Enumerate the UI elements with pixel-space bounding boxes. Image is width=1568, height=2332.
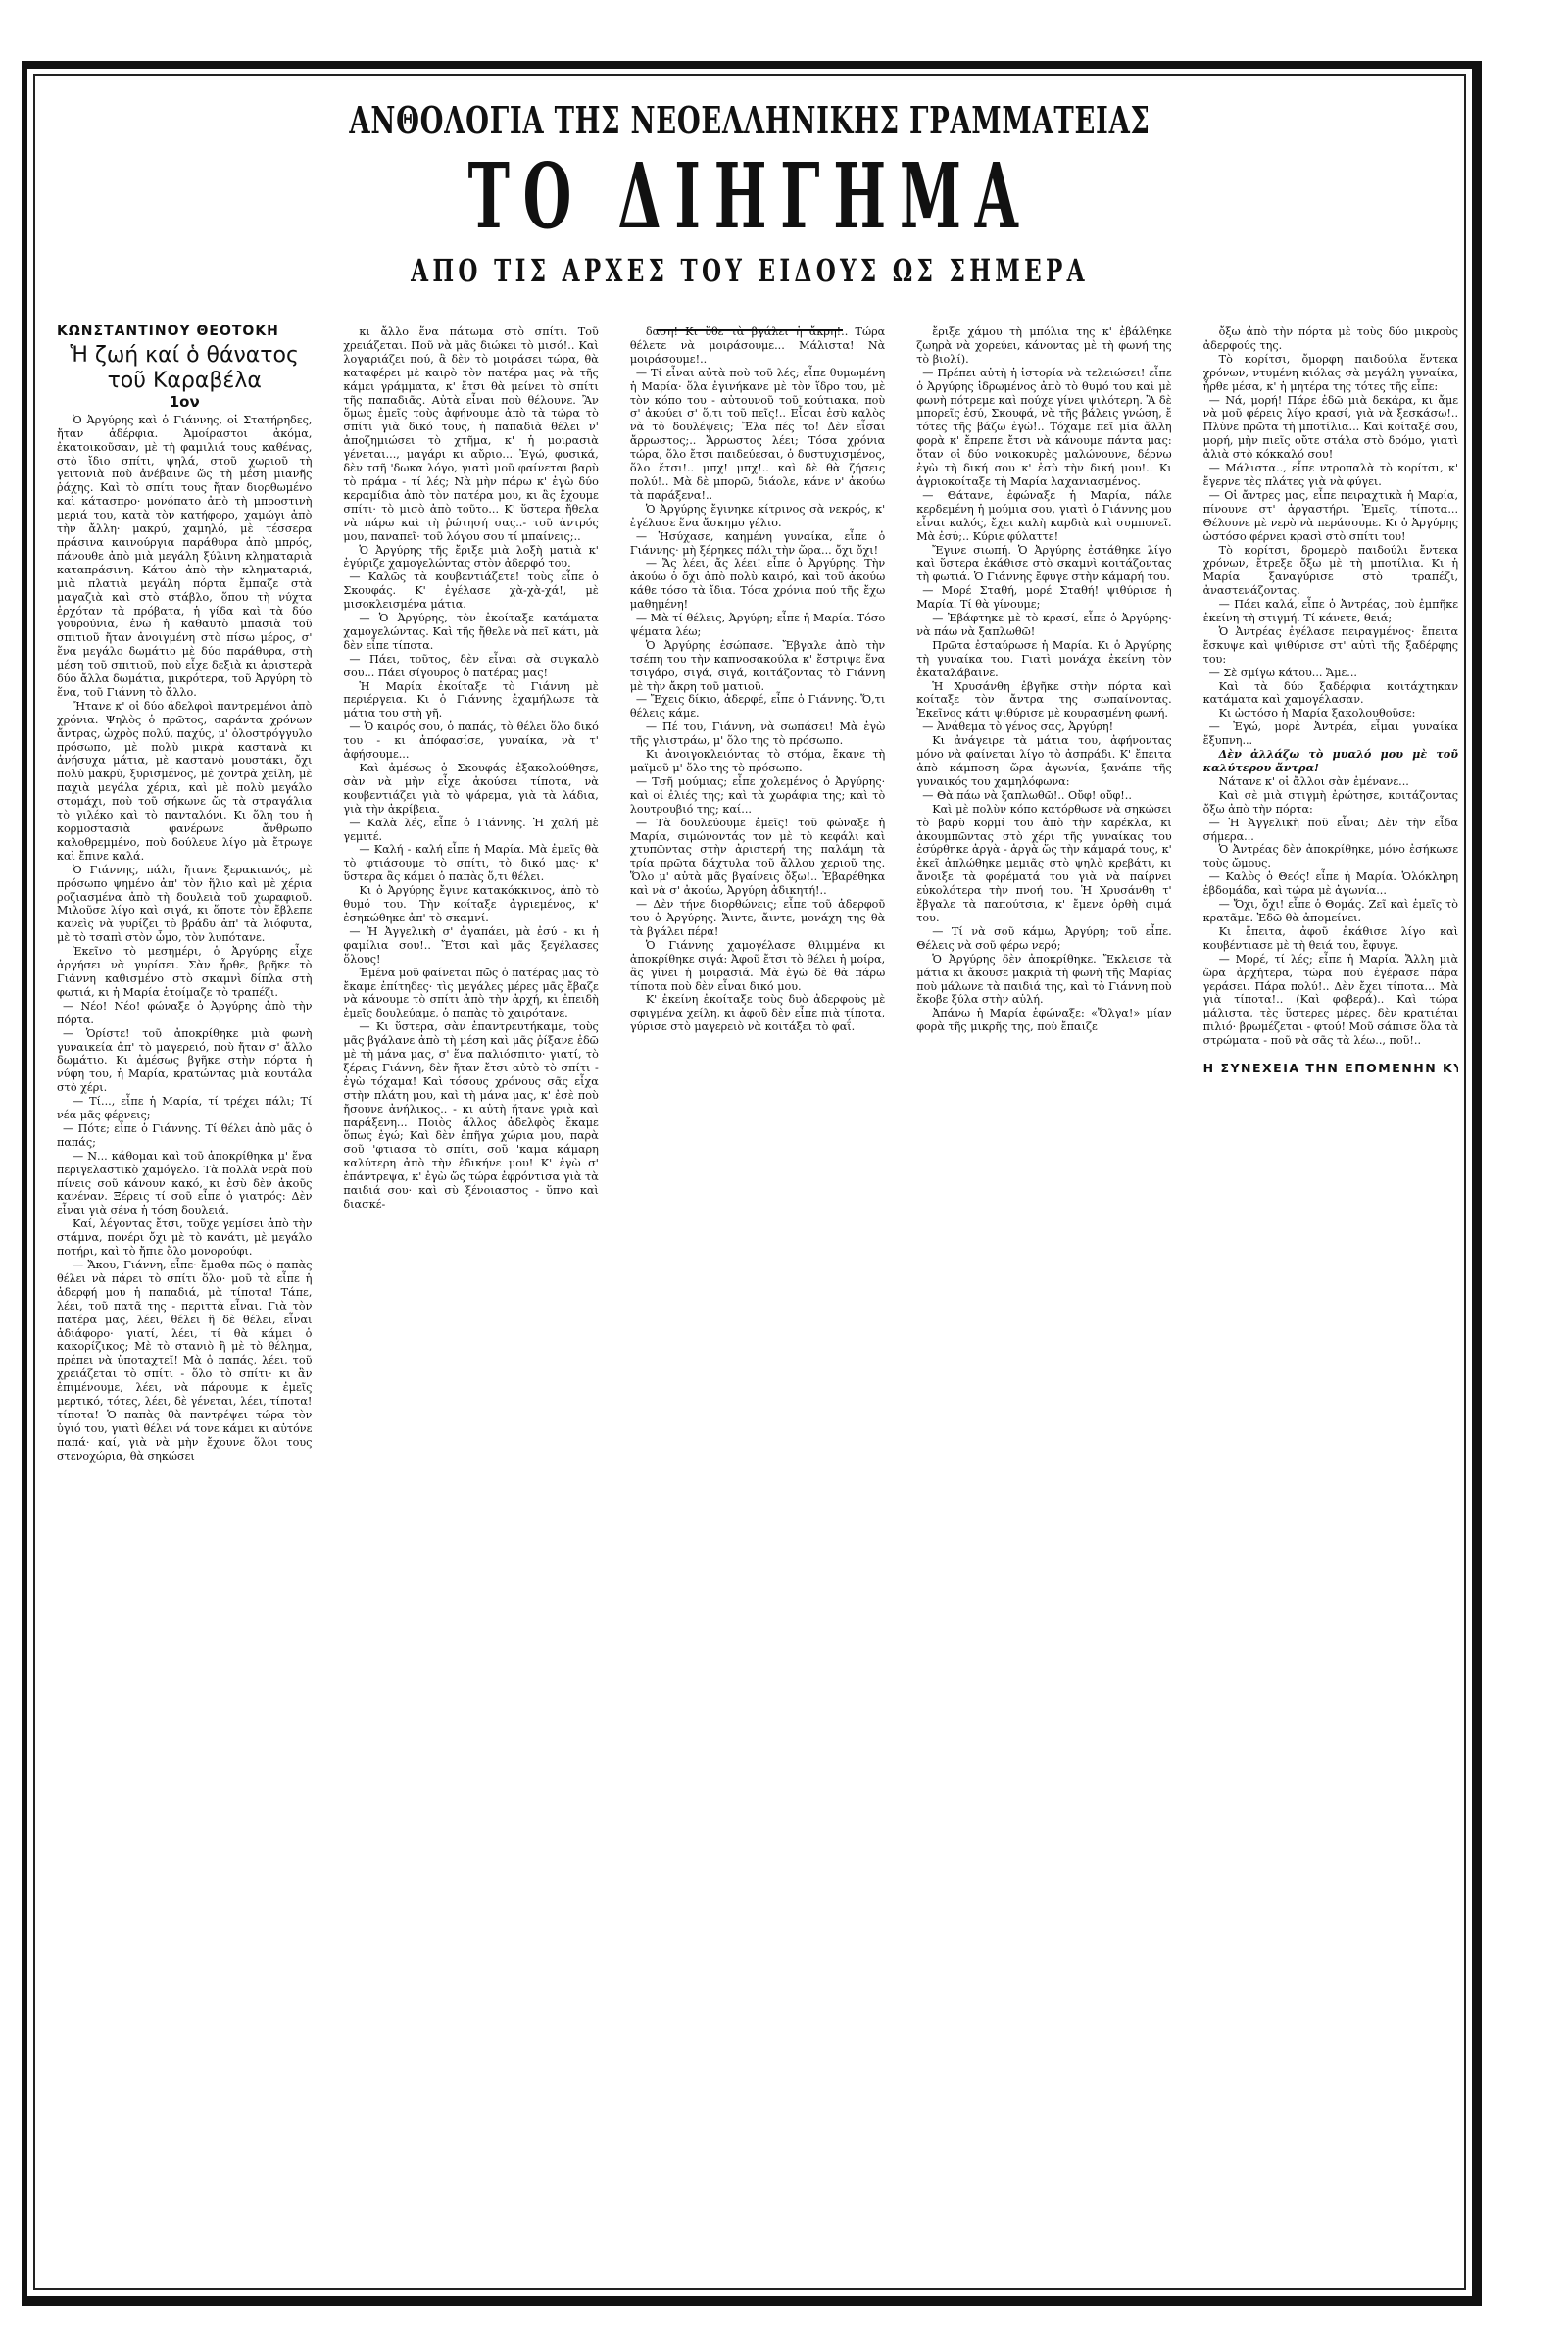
paragraph: — Τί..., εἶπε ἡ Μαρία, τί τρέχει πάλι; Τ… bbox=[57, 1095, 312, 1122]
column-body: δαση! Κι ὕθε τὰ βγάλει ἡ ἄκρη!.. Τώρα θέ… bbox=[630, 325, 885, 1034]
paragraph: Καὶ τὰ δύο ξαδέρφια κοιτάχτηκαν κατάματα… bbox=[1203, 680, 1458, 708]
paragraph: Κι ἀνοιγοκλειόντας τὸ στόμα, ἔκανε τὴ μα… bbox=[630, 748, 885, 775]
paragraph: Κ' ἐκείνη ἐκοίταξε τοὺς δυὸ ἀδερφοὺς μὲ … bbox=[630, 993, 885, 1034]
paragraph: Κι ὁ Ἀργύρης ἔγινε κατακόκκινος, ἀπὸ τὸ … bbox=[343, 884, 598, 925]
paragraph: — Μορέ, τί λές; εἶπε ἡ Μαρία. Ἄλλη μιὰ ὥ… bbox=[1203, 953, 1458, 1048]
page-subtitle: ΑΠΟ ΤΙΣ ΑΡΧΕΣ ΤΟΥ ΕΙΔΟΥΣ ΩΣ ΣΗΜΕΡΑ bbox=[251, 251, 1249, 290]
paragraph: — Ὁ καιρός σου, ὁ παπάς, τὸ θέλει ὅλο δι… bbox=[343, 720, 598, 762]
paragraph: — Θὰ πάω νὰ ξαπλωθῶ!.. Οὔφ! οὔφ!.. bbox=[916, 789, 1171, 803]
story-author: ΚΩΝΣΤΑΝΤΙΝΟΥ ΘΕΟΤΟΚΗ bbox=[57, 325, 312, 339]
paragraph: — Νά, μορή! Πάρε ἐδῶ μιὰ δεκάρα, κι ἄμε … bbox=[1203, 394, 1458, 463]
paragraph: Κι ἔπειτα, ἀφοῦ ἐκάθισε λίγο καὶ κουβέντ… bbox=[1203, 925, 1458, 953]
paragraph: Ὁ Ἀργύρης δὲν ἀποκρίθηκε. Ἔκλεισε τὰ μάτ… bbox=[916, 953, 1171, 1008]
paragraph: Τὸ κορίτσι, δρομερὸ παιδούλι ἔντεκα χρόν… bbox=[1203, 544, 1458, 599]
paragraph: Ἡ Μαρία ἐκοίταξε τὸ Γιάννη μὲ περιέργεια… bbox=[343, 680, 598, 721]
article-columns: ΚΩΝΣΤΑΝΤΙΝΟΥ ΘΕΟΤΟΚΗ Ἡ ζωή καί ὁ θάνατος… bbox=[57, 325, 1458, 2271]
paragraph: Καὶ ἀμέσως ὁ Σκουφάς ἐξακολούθησε, σὰν ν… bbox=[343, 762, 598, 817]
paragraph: — Θάτανε, ἐφώναξε ἡ Μαρία, πάλε κερδεμέν… bbox=[916, 489, 1171, 544]
paragraph: Ὁ Ἀντρέας ἐγέλασε πειραγμένος· ἔπειτα ἔσ… bbox=[1203, 625, 1458, 667]
paragraph: — Τί νὰ σοῦ κάμω, Ἀργύρη; τοῦ εἶπε. Θέλε… bbox=[916, 925, 1171, 953]
paragraph: — Πάει, τοῦτος, δὲν εἶναι σὰ συγκαλὸ σου… bbox=[343, 653, 598, 680]
paragraph: Ἡ Χρυσάνθη ἐβγῆκε στὴν πόρτα καὶ κοίταξε… bbox=[916, 680, 1171, 721]
column-body: ὄξω ἀπὸ τὴν πόρτα μὲ τοὺς δύο μικροὺς ἀδ… bbox=[1203, 325, 1458, 1048]
paragraph: — Οἱ ἄντρες μας, εἶπε πειραχτικὰ ἡ Μαρία… bbox=[1203, 489, 1458, 544]
paragraph: — Πάει καλά, εἶπε ὁ Ἀντρέας, ποὺ ἐμπῆκε … bbox=[1203, 598, 1458, 625]
paragraph: Ἀπάνω ἡ Μαρία ἐφώναξε: «Ὄλγα!» μίαν φορὰ… bbox=[916, 1007, 1171, 1034]
column-4: ἔριξε χάμου τὴ μπόλια της κ' ἐβάλθηκε ζω… bbox=[916, 325, 1171, 2271]
paragraph: — Μὰ τί θέλεις, Ἀργύρη; εἶπε ἡ Μαρία. Τό… bbox=[630, 612, 885, 639]
paragraph: — Καλὰ λές, εἶπε ὁ Γιάννης. Ἡ χαλή μὲ γε… bbox=[343, 817, 598, 844]
paragraph: — Ἔχεις δίκιο, ἀδερφέ, εἶπε ὁ Γιάννης. Ὅ… bbox=[630, 693, 885, 720]
paragraph: — Νέο! Νέο! φώναξε ὁ Ἀργύρης ἀπὸ τὴν πόρ… bbox=[57, 1000, 312, 1027]
paragraph: — Δὲν τήνε διορθώνεις; εἶπε τοῦ ἀδερφοῦ … bbox=[630, 898, 885, 939]
masthead: ΑΝΘΟΛΟΓΙΑ ΤΗΣ ΝΕΟΕΛΛΗΝΙΚΗΣ ΓΡΑΜΜΑΤΕΙΑΣ Τ… bbox=[57, 98, 1443, 331]
series-kicker: ΑΝΘΟΛΟΓΙΑ ΤΗΣ ΝΕΟΕΛΛΗΝΙΚΗΣ ΓΡΑΜΜΑΤΕΙΑΣ bbox=[251, 98, 1249, 143]
paragraph: Κι ὡστόσο ἡ Μαρία ξακολουθοῦσε: bbox=[1203, 707, 1458, 720]
paragraph: Κι ἀνάγειρε τὰ μάτια του, ἀφήνοντας μόνο… bbox=[916, 734, 1171, 789]
paragraph: — Ν... κάθομαι καὶ τοῦ ἀποκρίθηκα μ' ἕνα… bbox=[57, 1150, 312, 1218]
paragraph: — Κι ὕστερα, σὰν ἐπαντρευτήκαμε, τοὺς μᾶ… bbox=[343, 1020, 598, 1212]
paragraph: — Καλή - καλή εἶπε ἡ Μαρία. Μὰ ἐμεῖς θὰ … bbox=[343, 843, 598, 884]
paragraph: — Ἐβάφτηκε μὲ τὸ κρασί, εἶπε ὁ Ἀργύρης· … bbox=[916, 612, 1171, 639]
column-5: ὄξω ἀπὸ τὴν πόρτα μὲ τοὺς δύο μικροὺς ἀδ… bbox=[1203, 325, 1458, 2271]
paragraph: Ἔγινε σιωπή. Ὁ Ἀργύρης ἐστάθηκε λίγο καὶ… bbox=[916, 544, 1171, 585]
paragraph: — Πέ του, Γιάννη, νὰ σωπάσει! Μὰ ἐγὼ τῆς… bbox=[630, 720, 885, 748]
paragraph: — Ὄχι, ὄχι! εἶπε ὁ Θομάς. Ζεῖ καὶ ἐμεῖς … bbox=[1203, 898, 1458, 925]
paragraph: Καὶ μὲ πολὺν κόπο κατόρθωσε νὰ σηκώσει τ… bbox=[916, 803, 1171, 925]
paragraph: ἔριξε χάμου τὴ μπόλια της κ' ἐβάλθηκε ζω… bbox=[916, 325, 1171, 367]
paragraph: — Ἡσύχασε, καημένη γυναίκα, εἶπε ὁ Γιάνν… bbox=[630, 530, 885, 558]
paragraph: — Ἡ Ἀγγελικὴ σ' ἀγαπάει, μὰ ἐσύ - κι ἡ φ… bbox=[343, 925, 598, 967]
paragraph: Ὁ Ἀργύρης ἐσώπασε. Ἔβγαλε ἀπὸ τὴν τσέπη … bbox=[630, 639, 885, 694]
paragraph: Τὸ κορίτσι, ὄμορφη παιδούλα ἕντεκα χρόνω… bbox=[1203, 353, 1458, 394]
continued-next-sunday: Η ΣΥΝΕΧΕΙΑ ΤΗΝ ΕΠΟΜΕΝΗΝ ΚΥΡΙΑΚΗΝ bbox=[1203, 1062, 1458, 1075]
paragraph: — Ἄς λέει, ἄς λέει! εἶπε ὁ Ἀργύρης. Τὴν … bbox=[630, 557, 885, 612]
paragraph: — Ἐγώ, μορὲ Ἀντρέα, εἶμαι γυναίκα ἔξυπνη… bbox=[1203, 720, 1458, 748]
paragraph: Καὶ σὲ μιὰ στιγμὴ ἐρώτησε, κοιτάζοντας ὄ… bbox=[1203, 789, 1458, 817]
column-2: κι ἄλλο ἕνα πάτωμα στὸ σπίτι. Τοῦ χρειάζ… bbox=[343, 325, 598, 2271]
paragraph: Δὲν ἀλλάζω τὸ μυαλό μου μὲ τοῦ καλύτερου… bbox=[1203, 748, 1458, 775]
paragraph: — Ἄκου, Γιάννη, εἶπε· ἔμαθα πῶς ὁ παπὰς … bbox=[57, 1259, 312, 1464]
column-3: δαση! Κι ὕθε τὰ βγάλει ἡ ἄκρη!.. Τώρα θέ… bbox=[630, 325, 885, 2271]
story-title-line-2: τοῦ Καραβέλα bbox=[57, 369, 312, 394]
paragraph: δαση! Κι ὕθε τὰ βγάλει ἡ ἄκρη!.. Τώρα θέ… bbox=[630, 325, 885, 367]
paragraph: Ὁ Ἀργύρης τῆς ἔριξε μιὰ λοξὴ ματιὰ κ' ἐγ… bbox=[343, 544, 598, 571]
paragraph: Ὁ Ἀντρέας δὲν ἀποκρίθηκε, μόνο ἐσήκωσε τ… bbox=[1203, 843, 1458, 870]
paragraph: — Τὰ δουλεύουμε ἐμεῖς! τοῦ φώναξε ἡ Μαρί… bbox=[630, 817, 885, 898]
paragraph: — Ὁρίστε! τοῦ ἀποκρίθηκε μιὰ φωνὴ γυναικ… bbox=[57, 1027, 312, 1096]
paragraph: — Καλῶς τὰ κουβεντιάζετε! τοὺς εἶπε ὁ Σκ… bbox=[343, 571, 598, 612]
paragraph: — Μάλιστα.., εἶπε ντροπαλὰ τὸ κορίτσι, κ… bbox=[1203, 462, 1458, 489]
paragraph: Ὁ Ἀργύρης καὶ ὁ Γιάννης, οἱ Στατήρηδες, … bbox=[57, 414, 312, 700]
paragraph: Ἤτανε κ' οἱ δύο ἀδελφοὶ παντρεμένοι ἀπὸ … bbox=[57, 700, 312, 864]
paragraph: — Πρέπει αὐτὴ ἡ ἱστορία νὰ τελειώσει! εἶ… bbox=[916, 367, 1171, 489]
paragraph: Ἐμένα μοῦ φαίνεται πῶς ὁ πατέρας μας τὸ … bbox=[343, 967, 598, 1021]
paragraph: Ὁ Γιάννης χαμογέλασε θλιμμένα κι ἀποκρίθ… bbox=[630, 939, 885, 994]
column-1: ΚΩΝΣΤΑΝΤΙΝΟΥ ΘΕΟΤΟΚΗ Ἡ ζωή καί ὁ θάνατος… bbox=[57, 325, 312, 2271]
paragraph: — Μορέ Σταθή, μορέ Σταθή! ψιθύρισε ἡ Μαρ… bbox=[916, 584, 1171, 612]
paragraph: — Τί εἶναι αὐτὰ ποὺ τοῦ λές; εἶπε θυμωμέ… bbox=[630, 367, 885, 503]
page-frame: ΑΝΘΟΛΟΓΙΑ ΤΗΣ ΝΕΟΕΛΛΗΝΙΚΗΣ ΓΡΑΜΜΑΤΕΙΑΣ Τ… bbox=[22, 61, 1482, 2306]
paragraph: — Καλὸς ὁ Θεός! εἶπε ἡ Μαρία. Ὁλόκληρη ἑ… bbox=[1203, 870, 1458, 898]
paragraph: Ὁ Ἀργύρης ἔγινηκε κίτρινος σὰ νεκρός, κ'… bbox=[630, 503, 885, 530]
paragraph: Πρῶτα ἐσταύρωσε ἡ Μαρία. Κι ὁ Ἀργύρης τὴ… bbox=[916, 639, 1171, 680]
paragraph: ὄξω ἀπὸ τὴν πόρτα μὲ τοὺς δύο μικροὺς ἀδ… bbox=[1203, 325, 1458, 353]
story-title-line-1: Ἡ ζωή καί ὁ θάνατος bbox=[57, 343, 312, 369]
paragraph: Ὁ Γιάννης, πάλι, ἤτανε ξερακιανός, μὲ πρ… bbox=[57, 864, 312, 945]
column-body: ἔριξε χάμου τὴ μπόλια της κ' ἐβάλθηκε ζω… bbox=[916, 325, 1171, 1034]
paragraph: — Ὁ Ἀργύρης, τὸν ἐκοίταξε κατάματα χαμογ… bbox=[343, 612, 598, 653]
paragraph: — Ἀνάθεμα τὸ γένος σας, Ἀργύρη! bbox=[916, 720, 1171, 734]
story-part-number: 1ον bbox=[57, 396, 312, 410]
column-body: κι ἄλλο ἕνα πάτωμα στὸ σπίτι. Τοῦ χρειάζ… bbox=[343, 325, 598, 1212]
paragraph: — Τσῆ μούμιας; εἶπε χολεμένος ὁ Ἀργύρης·… bbox=[630, 775, 885, 817]
paragraph: — Πότε; εἶπε ὁ Γιάννης. Τί θέλει ἀπὸ μᾶς… bbox=[57, 1122, 312, 1150]
page-title: ΤΟ ΔΙΗΓΗΜΑ bbox=[320, 147, 1180, 245]
paragraph: Καί, λέγοντας ἔτσι, τοῦχε γεμίσει ἀπὸ τὴ… bbox=[57, 1217, 312, 1259]
paragraph: κι ἄλλο ἕνα πάτωμα στὸ σπίτι. Τοῦ χρειάζ… bbox=[343, 325, 598, 544]
paragraph: — Ἡ Ἀγγελικὴ ποῦ εἶναι; Δὲν τὴν εἶδα σήμ… bbox=[1203, 817, 1458, 844]
paragraph: Ἐκεῖνο τὸ μεσημέρι, ὁ Ἀργύρης εἶχε ἀργήσ… bbox=[57, 945, 312, 1000]
paragraph: — Σὲ σμίγω κάτου... Ἄμε... bbox=[1203, 667, 1458, 680]
paragraph: Νάτανε κ' οἱ ἄλλοι σὰν ἐμένανε... bbox=[1203, 775, 1458, 789]
column-body: Ὁ Ἀργύρης καὶ ὁ Γιάννης, οἱ Στατήρηδες, … bbox=[57, 414, 312, 1464]
